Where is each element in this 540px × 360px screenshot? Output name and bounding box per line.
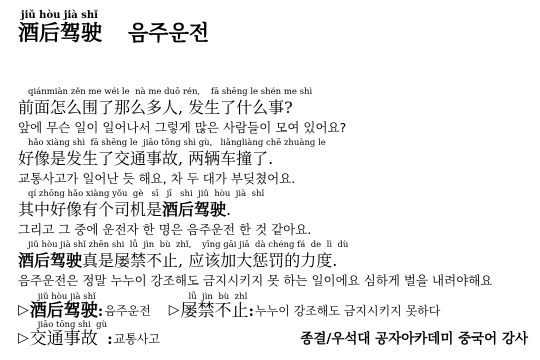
vocab-korean: 교통사고 — [114, 331, 160, 348]
chinese-line: 前面怎么围了那么多人, 发生了什么事? — [18, 98, 536, 118]
vocabulary-row: ▷ jiāo tōng shi gù 交通事故 : 교통사고 종결/우석대 공자… — [18, 321, 536, 348]
title-chinese: 酒后驾驶 — [18, 20, 102, 45]
title-korean: 음주운전 — [128, 21, 209, 45]
triangle-bullet-icon: ▷ — [18, 301, 29, 320]
dialogue-entry: jiǔ hòu jià shǐ zhēn shi lǚ jìn bù zhǐ, … — [18, 240, 536, 291]
title-block: jiǔ hòu jià shǐ 酒后驾驶음주운전 — [18, 10, 536, 45]
vocab-word: lǚ jìn bù zhǐ 屡禁不止 — [180, 293, 248, 320]
korean-line: 교통사고가 일어난 듯 해요, 차 두 대가 부딪쳤어요. — [18, 169, 536, 189]
vocab-item: ▷ jiāo tōng shi gù 交通事故 : 교통사고 — [18, 321, 160, 348]
pinyin-line: qiánmiàn zěn me wéi le nà me duō rén, fā… — [18, 87, 536, 98]
triangle-bullet-icon: ▷ — [18, 329, 29, 348]
dialogue-entry: qiánmiàn zěn me wéi le nà me duō rén, fā… — [18, 87, 536, 138]
chinese-line: 酒后驾驶真是屡禁不止, 应该加大惩罚的力度. — [18, 251, 536, 271]
page-title: 酒后驾驶음주운전 — [18, 21, 536, 45]
korean-line: 음주운전은 정말 누누이 강조해도 금지시키지 못 하는 일이에요 심하게 벌을… — [18, 271, 536, 291]
chinese-segment: 前面怎么围了那么多人, 发生了什么事? — [18, 98, 293, 117]
triangle-bullet-icon: ▷ — [169, 301, 180, 320]
chinese-line: 好像是发生了交通事故, 两辆车撞了. — [18, 149, 536, 169]
vocab-item: ▷ lǚ jìn bù zhǐ 屡禁不止 : 누누이 강조해도 금지시키지 못하… — [169, 293, 441, 320]
chinese-segment: 真是屡禁不止, 应该加大惩罚的力度. — [82, 251, 337, 270]
vocab-word: jiǔ hòu jià shǐ 酒后驾驶 — [30, 293, 98, 320]
pinyin-line: qí zhōng hǎo xiàng yǒu gè sī jī shi jiǔ … — [18, 189, 536, 200]
vocab-colon: : — [248, 302, 254, 320]
vocab-item: ▷ jiǔ hòu jià shǐ 酒后驾驶 : 음주운전 — [18, 293, 151, 320]
credit-line: 종결/우석대 공자아카데미 중국어 강사 — [300, 330, 528, 348]
vocab-colon: : — [98, 302, 104, 320]
dialogue-entry: qí zhōng hǎo xiàng yǒu gè sī jī shi jiǔ … — [18, 189, 536, 240]
pinyin-line: hǎo xiàng shì fā shēng le jiāo tōng shì … — [18, 138, 536, 149]
vocabulary-row: ▷ jiǔ hòu jià shǐ 酒后驾驶 : 음주운전 ▷ lǚ jìn b… — [18, 293, 536, 320]
vocab-chinese: 屡禁不止 — [180, 302, 248, 320]
chinese-segment: 好像是发生了交通事故, 两辆车撞了. — [18, 149, 273, 168]
vocab-korean: 음주운전 — [104, 303, 150, 320]
chinese-segment: 其中好像有个司机是 — [18, 200, 162, 219]
korean-line: 앞에 무슨 일이 일어나서 그렇게 많은 사람들이 모여 있어요? — [18, 118, 536, 138]
chinese-segment: 酒后驾驶 — [18, 251, 82, 270]
vocab-word: jiāo tōng shi gù 交通事故 — [30, 321, 107, 348]
vocab-korean: 누누이 강조해도 금지시키지 못하다 — [255, 303, 440, 320]
document-page: jiǔ hòu jià shǐ 酒后驾驶음주운전 qiánmiàn zěn me… — [0, 0, 540, 360]
korean-line: 그리고 그 중에 운전자 한 명은 음주운전 한 것 같아요. — [18, 220, 536, 240]
chinese-segment: 酒后驾驶 — [162, 200, 226, 219]
vocab-colon: : — [107, 330, 113, 348]
pinyin-line: jiǔ hòu jià shǐ zhēn shi lǚ jìn bù zhǐ, … — [18, 240, 536, 251]
chinese-line: 其中好像有个司机是酒后驾驶. — [18, 200, 536, 220]
dialogue-section: qiánmiàn zěn me wéi le nà me duō rén, fā… — [18, 87, 536, 291]
dialogue-entry: hǎo xiàng shì fā shēng le jiāo tōng shì … — [18, 138, 536, 189]
vocabulary-section: ▷ jiǔ hòu jià shǐ 酒后驾驶 : 음주운전 ▷ lǚ jìn b… — [18, 293, 536, 348]
vocab-chinese: 交通事故 — [30, 330, 98, 348]
chinese-segment: . — [226, 200, 231, 219]
vocab-chinese: 酒后驾驶 — [30, 302, 98, 320]
